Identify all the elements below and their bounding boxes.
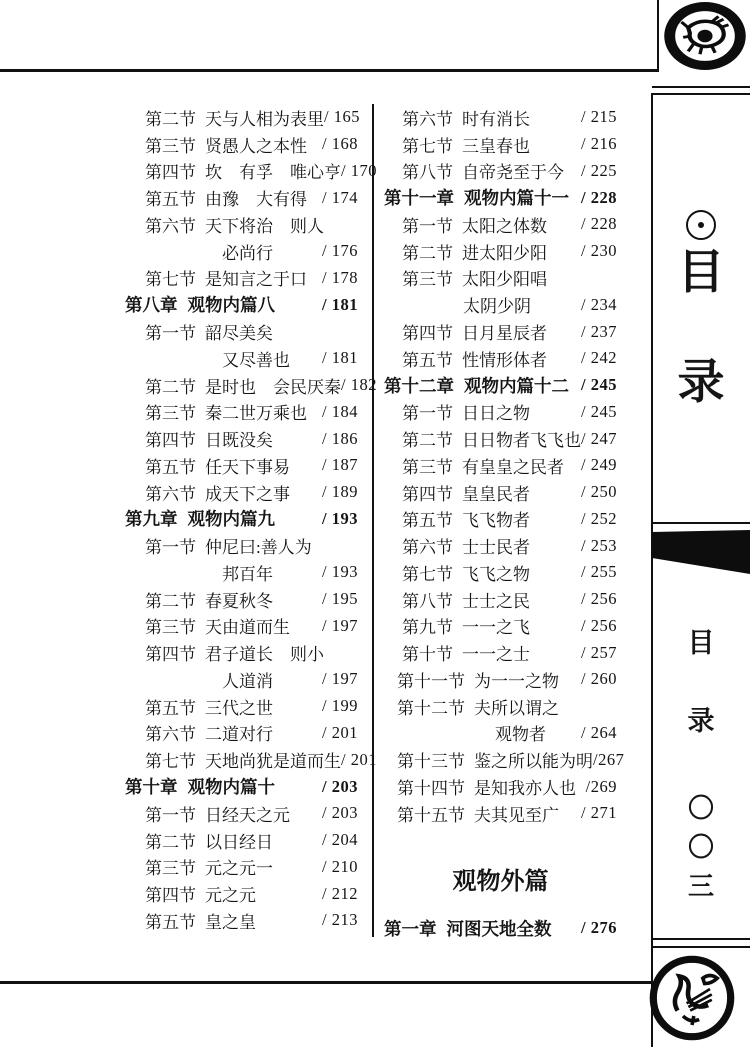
sidebar-bottom-border-inner xyxy=(651,938,750,940)
toc-row-title: 太阴少阴 xyxy=(463,292,531,317)
toc-row-title: 皇之皇 xyxy=(205,908,256,933)
toc-row: 第十四节 是知我亦人也 /269 xyxy=(384,773,617,800)
toc-row-label: 第十五节 xyxy=(397,801,465,826)
toc-row-title: 飞飞物者 xyxy=(462,506,530,531)
toc-row-page: / 203 xyxy=(322,803,358,823)
toc-row-title: 皇皇民者 xyxy=(462,480,530,505)
toc-row: 第三节 天由道而生 / 197 xyxy=(121,613,358,640)
toc-row: 第一节 日日之物 / 245 xyxy=(384,398,617,425)
toc-row-label: 第一节 xyxy=(402,212,453,237)
toc-row-title: 日日之物 xyxy=(462,399,530,424)
sidebar-bottom-border-outer xyxy=(651,946,750,948)
toc-row-label: 第七节 xyxy=(145,265,196,290)
toc-row-label: 第十章 xyxy=(125,774,178,799)
toc-row-page: / 203 xyxy=(322,777,358,797)
toc-row-label: 第四节 xyxy=(145,426,196,451)
toc-row-page: / 271 xyxy=(581,803,617,823)
toc-row-title: 士士民者 xyxy=(462,533,530,558)
toc-row-page: / 176 xyxy=(322,241,358,261)
toc-row-label: 第四节 xyxy=(402,319,453,344)
toc-row-title: 天地尚犹是道而生 xyxy=(205,747,341,772)
toc-row-page: / 228 xyxy=(581,188,617,208)
toc-row-label: 第六节 xyxy=(145,480,196,505)
toc-row: 人道消 / 197 xyxy=(121,666,358,693)
toc-row: 第二节 以日经日 / 204 xyxy=(121,827,358,854)
toc-row-page: / 230 xyxy=(581,241,617,261)
toc-row: 第四节 日月星辰者 / 237 xyxy=(384,318,617,345)
toc-row-title: 夫所以谓之 xyxy=(474,694,559,719)
toc-row-page: / 201 xyxy=(341,750,377,770)
toc-row-label: 第十一节 xyxy=(397,667,465,692)
toc-row-title: 韶尽美矣 xyxy=(205,319,273,344)
toc-row: 第五节 性情形体者 / 242 xyxy=(384,345,617,372)
toc-row-label: 第三节 xyxy=(145,399,196,424)
toc-row-title: 观物内篇十二 xyxy=(464,373,569,398)
toc-row-title: 为一一之物 xyxy=(474,667,559,692)
toc-row-title: 是知我亦人也 xyxy=(474,774,576,799)
toc-row: 第七节 天地尚犹是道而生 / 201 xyxy=(121,746,358,773)
toc-row-label: 第五节 xyxy=(402,346,453,371)
toc-row: 第六节 成天下之事 / 189 xyxy=(121,479,358,506)
toc-row-title: 河图天地全数 xyxy=(447,916,552,941)
sidebar-title-char-lu: 录 xyxy=(652,360,750,407)
toc-row-label: 第二节 xyxy=(402,239,453,264)
toc-row-label: 第二节 xyxy=(402,426,453,451)
toc-row-page: / 174 xyxy=(322,188,358,208)
toc-row: 第三节 秦二世万乘也 / 184 xyxy=(121,398,358,425)
toc-row: 第八节 士士之民 / 256 xyxy=(384,586,617,613)
toc-row-page: / 276 xyxy=(581,918,617,938)
toc-row-label: 第十二章 xyxy=(384,373,454,398)
toc-row: 第十一节 为一一之物 / 260 xyxy=(384,666,617,693)
toc-row: 第十五节 夫其见至广 / 271 xyxy=(384,800,617,827)
toc-row-page: / 250 xyxy=(581,482,617,502)
toc-row-label: 第九章 xyxy=(125,506,178,531)
toc-row-page: / 170 xyxy=(341,161,377,181)
toc-row-page: / 193 xyxy=(322,562,358,582)
toc-row-label: 第四节 xyxy=(402,480,453,505)
toc-row-page: / 264 xyxy=(581,723,617,743)
toc-row: 观物者 / 264 xyxy=(384,720,617,747)
toc-row-page: / 210 xyxy=(322,857,358,877)
toc-row: 第五节 由豫 大有得 / 174 xyxy=(121,184,358,211)
toc-row-title: 以日经日 xyxy=(205,828,273,853)
toc-row-page: / 189 xyxy=(322,482,358,502)
toc-row: 第四节 日既没矣 / 186 xyxy=(121,425,358,452)
toc-row-title: 邦百年 xyxy=(222,560,273,585)
toc-row-label: 第三节 xyxy=(402,265,453,290)
toc-row-label: 第五节 xyxy=(145,694,196,719)
toc-row-label: 第九节 xyxy=(402,613,453,638)
toc-row-title: 日月星辰者 xyxy=(462,319,547,344)
toc-row: 第三节 元之元一 / 210 xyxy=(121,853,358,880)
toc-row: 第二节 春夏秋冬 / 195 xyxy=(121,586,358,613)
toc-row-title: 性情形体者 xyxy=(462,346,547,371)
toc-row-label: 第一章 xyxy=(384,916,437,941)
toc-row: 第一章 河图天地全数 / 276 xyxy=(384,915,617,942)
toc-row-label: 第四节 xyxy=(145,158,196,183)
toc-row: 第六节 天下将治 则人 xyxy=(121,211,358,238)
toc-row-page: / 193 xyxy=(322,509,358,529)
phoenix-seal-icon xyxy=(647,953,737,1043)
toc-row-label: 第三节 xyxy=(145,132,196,157)
toc-row-page: / 184 xyxy=(322,402,358,422)
toc-row-title: 太阳之体数 xyxy=(462,212,547,237)
toc-row-page: / 181 xyxy=(322,295,358,315)
thumb-tab-top-line xyxy=(652,522,750,524)
toc-row: 第二节 进太阳少阳 / 230 xyxy=(384,238,617,265)
column-divider xyxy=(372,104,374,937)
toc-row-title: 士士之民 xyxy=(462,587,530,612)
toc-row-label: 第十三节 xyxy=(397,747,465,772)
toc-row: 第四节 元之元 / 212 xyxy=(121,880,358,907)
toc-row-title: 天由道而生 xyxy=(205,613,290,638)
sidebar-top-border-outer xyxy=(652,86,750,88)
toc-row-label: 第四节 xyxy=(145,640,196,665)
toc-row-label: 第二节 xyxy=(145,587,196,612)
toc-row-page: / 215 xyxy=(581,107,617,127)
toc-row: 第六节 士士民者 / 253 xyxy=(384,532,617,559)
toc-row-label: 第一节 xyxy=(145,801,196,826)
toc-row-title: 是知言之于口 xyxy=(205,265,307,290)
toc-row: 第四节 皇皇民者 / 250 xyxy=(384,479,617,506)
toc-row: 第七节 是知言之于口 / 178 xyxy=(121,265,358,292)
toc-row-title: 夫其见至广 xyxy=(474,801,559,826)
toc-row: 第一节 日经天之元 / 203 xyxy=(121,800,358,827)
toc-row: 第二节 天与人相为表里 / 165 xyxy=(121,104,358,131)
toc-row-label: 第六节 xyxy=(145,212,196,237)
toc-column-left: 第二节 天与人相为表里 / 165 第三节 贤愚人之本性 / 168 第四节 坎… xyxy=(121,104,358,934)
toc-row-label: 第六节 xyxy=(402,105,453,130)
toc-row-label: 第十节 xyxy=(402,640,453,665)
toc-row-title: 飞飞之物 xyxy=(462,560,530,585)
toc-row-page: / 182 xyxy=(341,375,377,395)
toc-row-title: 三代之世 xyxy=(205,694,273,719)
toc-row-page: / 186 xyxy=(322,429,358,449)
toc-row-label: 第五节 xyxy=(402,506,453,531)
toc-row-title: 元之元 xyxy=(205,881,256,906)
toc-row-label: 第六节 xyxy=(145,720,196,745)
toc-row-label: 第五节 xyxy=(145,908,196,933)
toc-row-title: 春夏秋冬 xyxy=(205,587,273,612)
toc-row-label: 第七节 xyxy=(145,747,196,772)
toc-row-label: 第三节 xyxy=(145,854,196,879)
toc-row: 第三节 有皇皇之民者 / 249 xyxy=(384,452,617,479)
sidebar-top-border-inner xyxy=(652,93,750,95)
toc-row-title: 由豫 大有得 xyxy=(205,185,307,210)
toc-row-title: 观物内篇八 xyxy=(188,292,276,317)
toc-row: 第十三节 鉴之所以能为明 /267 xyxy=(384,746,617,773)
toc-row-label: 第二节 xyxy=(145,828,196,853)
toc-row-title: 君子道长 则小 xyxy=(205,640,324,665)
toc-row: 必尚行 / 176 xyxy=(121,238,358,265)
toc-row-title: 成天下之事 xyxy=(205,480,290,505)
toc-row-label: 第十二节 xyxy=(397,694,465,719)
toc-row-title: 日经天之元 xyxy=(205,801,290,826)
toc-row: 第八章 观物内篇八 / 181 xyxy=(121,291,358,318)
toc-row-page: / 257 xyxy=(581,643,617,663)
toc-row-title: 任天下事易 xyxy=(205,453,290,478)
toc-row: 第五节 三代之世 / 199 xyxy=(121,693,358,720)
toc-row-label: 第八节 xyxy=(402,158,453,183)
toc-row: 第一节 韶尽美矣 xyxy=(121,318,358,345)
horizontal-rule-top xyxy=(0,69,659,72)
toc-row: 第十节 一一之士 / 257 xyxy=(384,639,617,666)
toc-row: 第六节 二道对行 / 201 xyxy=(121,720,358,747)
toc-row: 邦百年 / 193 xyxy=(121,559,358,586)
toc-row: 太阴少阴 / 234 xyxy=(384,291,617,318)
toc-row-label: 第二节 xyxy=(145,105,196,130)
toc-page: 目 录 目 录 〇 〇 三 第二节 天与人相为表里 / 165 第三节 贤愚人之… xyxy=(0,0,750,1047)
toc-row: 第十二节 夫所以谓之 xyxy=(384,693,617,720)
toc-row-page: / 242 xyxy=(581,348,617,368)
toc-row: 第七节 飞飞之物 / 255 xyxy=(384,559,617,586)
toc-row-title: 观物内篇十 xyxy=(188,774,276,799)
toc-row-page: / 255 xyxy=(581,562,617,582)
toc-row: 第五节 任天下事易 / 187 xyxy=(121,452,358,479)
toc-row-title: 又尽善也 xyxy=(222,346,290,371)
toc-row-page: / 195 xyxy=(322,589,358,609)
toc-row-label: 第十一章 xyxy=(384,185,454,210)
toc-row-label: 第十四节 xyxy=(397,774,465,799)
folio-digit: 三 xyxy=(688,874,714,900)
toc-row-title: 一一之飞 xyxy=(462,613,530,638)
toc-row-page: /269 xyxy=(586,777,617,797)
toc-row-page: /267 xyxy=(593,750,624,770)
toc-row-title: 观物内篇十一 xyxy=(464,185,569,210)
sidebar-title-char-mu: 目 xyxy=(652,250,750,297)
toc-row-title: 坎 有孚 唯心亨 xyxy=(205,158,341,183)
toc-row-label: 第七节 xyxy=(402,132,453,157)
toc-row: 第三节 太阳少阳唱 xyxy=(384,265,617,292)
toc-row-title: 是时也 会民厌秦 xyxy=(205,373,341,398)
toc-row: 第五节 皇之皇 / 213 xyxy=(121,907,358,934)
toc-row-page: / 252 xyxy=(581,509,617,529)
toc-row-title: 贤愚人之本性 xyxy=(205,132,307,157)
toc-row-label: 第二节 xyxy=(145,373,196,398)
toc-column-right: 第六节 时有消长 / 215 第七节 三皇春也 / 216 第八节 自帝尧至于今… xyxy=(384,104,617,941)
toc-row-title: 观物者 xyxy=(495,720,546,745)
toc-row-label: 第八节 xyxy=(402,587,453,612)
toc-row: 第八节 自帝尧至于今 / 225 xyxy=(384,158,617,185)
toc-row-title: 时有消长 xyxy=(462,105,530,130)
toc-row-title: 进太阳少阳 xyxy=(462,239,547,264)
toc-row-label: 第一节 xyxy=(145,533,196,558)
toc-row-title: 秦二世万乘也 xyxy=(205,399,307,424)
sidebar-subtitle-char-lu: 录 xyxy=(652,708,750,735)
toc-row-page: / 201 xyxy=(322,723,358,743)
toc-row-page: / 187 xyxy=(322,455,358,475)
sidebar-subtitle-char-mu: 目 xyxy=(652,630,750,657)
toc-row-label: 第六节 xyxy=(402,533,453,558)
toc-row-label: 第三节 xyxy=(145,613,196,638)
toc-row-page: / 237 xyxy=(581,322,617,342)
toc-row: 第九节 一一之飞 / 256 xyxy=(384,613,617,640)
toc-row: 第十二章 观物内篇十二 / 245 xyxy=(384,372,617,399)
toc-row: 第四节 君子道长 则小 xyxy=(121,639,358,666)
toc-row-page: / 204 xyxy=(322,830,358,850)
toc-row: 第一节 仲尼曰:善人为 xyxy=(121,532,358,559)
toc-row-page: / 212 xyxy=(322,884,358,904)
toc-row-label: 第三节 xyxy=(402,453,453,478)
toc-row-title: 日日物者飞飞也 xyxy=(462,426,581,451)
toc-row: 第五节 飞飞物者 / 252 xyxy=(384,505,617,532)
toc-row-title: 二道对行 xyxy=(205,720,273,745)
folio-digit: 〇 xyxy=(688,835,714,861)
toc-row-page: / 234 xyxy=(581,295,617,315)
toc-row: 第二节 日日物者飞飞也 / 247 xyxy=(384,425,617,452)
toc-row: 第九章 观物内篇九 / 193 xyxy=(121,505,358,532)
toc-row: 第四节 坎 有孚 唯心亨 / 170 xyxy=(121,158,358,185)
toc-row-page: / 249 xyxy=(581,455,617,475)
toc-row: 第三节 贤愚人之本性 / 168 xyxy=(121,131,358,158)
toc-row: 又尽善也 / 181 xyxy=(121,345,358,372)
toc-row-title: 观物内篇九 xyxy=(188,506,276,531)
folio-number: 〇 〇 三 xyxy=(652,796,750,900)
toc-row-title: 人道消 xyxy=(222,667,273,692)
toc-row-page: / 178 xyxy=(322,268,358,288)
toc-row-page: / 225 xyxy=(581,161,617,181)
toc-row-title: 仲尼曰:善人为 xyxy=(205,533,312,558)
toc-row-page: / 197 xyxy=(322,616,358,636)
toc-row-page: / 247 xyxy=(581,429,617,449)
toc-row-page: / 256 xyxy=(581,616,617,636)
toc-row-title: 一一之士 xyxy=(462,640,530,665)
toc-row-title: 有皇皇之民者 xyxy=(462,453,564,478)
toc-row: 观物外篇 xyxy=(384,857,617,901)
toc-row: 第七节 三皇春也 / 216 xyxy=(384,131,617,158)
thumb-index-tab xyxy=(652,527,750,577)
toc-row-label: 第四节 xyxy=(145,881,196,906)
dragon-seal-icon xyxy=(663,1,747,71)
toc-row-page: / 216 xyxy=(581,134,617,154)
toc-row: 第六节 时有消长 / 215 xyxy=(384,104,617,131)
toc-row-page: / 168 xyxy=(322,134,358,154)
toc-row-page: / 197 xyxy=(322,669,358,689)
toc-row-title: 观物外篇 xyxy=(453,861,549,896)
toc-row-title: 太阳少阳唱 xyxy=(462,265,547,290)
toc-row-title: 自帝尧至于今 xyxy=(462,158,564,183)
toc-row-title: 三皇春也 xyxy=(462,132,530,157)
toc-row-page: / 256 xyxy=(581,589,617,609)
toc-row-label: 第七节 xyxy=(402,560,453,585)
toc-row-page: / 199 xyxy=(322,696,358,716)
toc-row-title: 天与人相为表里 xyxy=(205,105,324,130)
toc-row: 第一节 太阳之体数 / 228 xyxy=(384,211,617,238)
seal-box-left-border xyxy=(657,0,659,71)
toc-row-page: / 245 xyxy=(581,402,617,422)
toc-row-title: 鉴之所以能为明 xyxy=(474,747,593,772)
folio-digit: 〇 xyxy=(688,796,714,822)
toc-row-title: 必尚行 xyxy=(222,239,273,264)
toc-row-title: 元之元一 xyxy=(205,854,273,879)
toc-row-page: / 228 xyxy=(581,214,617,234)
horizontal-rule-bottom xyxy=(0,981,652,984)
toc-row-page: / 253 xyxy=(581,536,617,556)
toc-row-label: 第五节 xyxy=(145,453,196,478)
toc-row-page: / 213 xyxy=(322,910,358,930)
toc-row-page: / 245 xyxy=(581,375,617,395)
circled-dot-icon xyxy=(686,210,716,240)
toc-row-page: / 181 xyxy=(322,348,358,368)
toc-row: 第二节 是时也 会民厌秦 / 182 xyxy=(121,372,358,399)
toc-row-label: 第一节 xyxy=(402,399,453,424)
toc-row-title: 天下将治 则人 xyxy=(205,212,324,237)
toc-row: 第十章 观物内篇十 / 203 xyxy=(121,773,358,800)
toc-row: 第十一章 观物内篇十一 / 228 xyxy=(384,184,617,211)
toc-row-label: 第五节 xyxy=(145,185,196,210)
toc-row-title: 日既没矣 xyxy=(205,426,273,451)
toc-row-page: / 260 xyxy=(581,669,617,689)
toc-row-page: / 165 xyxy=(324,107,360,127)
toc-row-label: 第一节 xyxy=(145,319,196,344)
toc-row-label: 第八章 xyxy=(125,292,178,317)
